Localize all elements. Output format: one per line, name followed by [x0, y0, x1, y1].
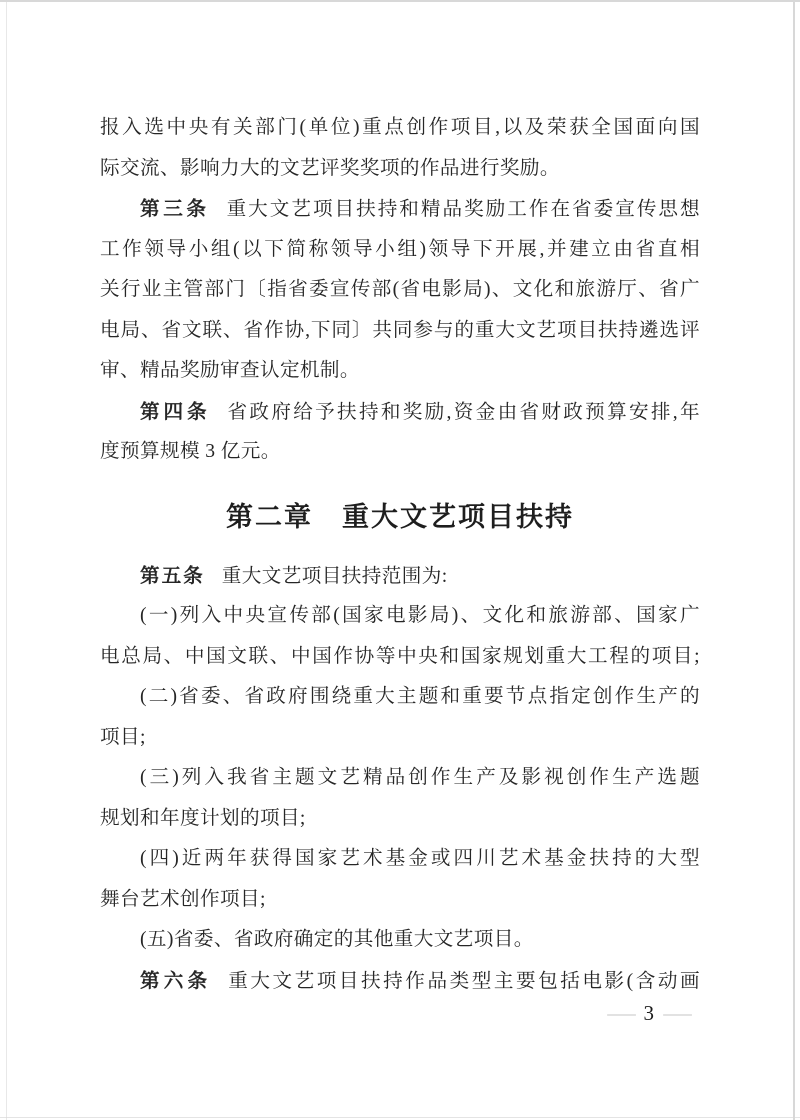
text-line: 度预算规模 3 亿元。 — [100, 432, 700, 473]
text-line: 舞台艺术创作项目; — [100, 880, 700, 921]
page-edge-left — [6, 0, 7, 1120]
text-line: 关行业主管部门〔指省委宣传部(省电影局)、文化和旅游厅、省广 — [100, 270, 700, 311]
text-line: 电局、省文联、省作协,下同〕共同参与的重大文艺项目扶持遴选评 — [100, 311, 700, 352]
text-line: 第六条重大文艺项目扶持作品类型主要包括电影(含动画 — [100, 961, 700, 1002]
text-block: 报入选中央有关部门(单位)重点创作项目,以及荣获全国面向国际交流、影响力大的文艺… — [100, 108, 700, 1001]
article-label: 第六条 — [140, 970, 211, 992]
text-line: 报入选中央有关部门(单位)重点创作项目,以及荣获全国面向国 — [100, 108, 700, 149]
document-page: 报入选中央有关部门(单位)重点创作项目,以及荣获全国面向国际交流、影响力大的文艺… — [0, 0, 800, 1120]
text-line: (一)列入中央宣传部(国家电影局)、文化和旅游部、国家广 — [100, 596, 700, 637]
page-edge-right — [793, 0, 795, 1120]
chapter-heading: 第二章 重大文艺项目扶持 — [100, 493, 700, 541]
text-line: (三)列入我省主题文艺精品创作生产及影视创作生产选题 — [100, 758, 700, 799]
text-line: 际交流、影响力大的文艺评奖奖项的作品进行奖励。 — [100, 149, 700, 190]
text-line: 第四条省政府给予扶持和奖励,资金由省财政预算安排,年 — [100, 392, 700, 433]
text-line: (二)省委、省政府围绕重大主题和重要节点指定创作生产的 — [100, 677, 700, 718]
page-edge-top — [0, 0, 800, 2]
footer-left-dash: — — [607, 998, 635, 1028]
text-line: 审、精品奖励审查认定机制。 — [100, 351, 700, 392]
text-line: (五)省委、省政府确定的其他重大文艺项目。 — [100, 920, 700, 961]
page-footer: —3— — [100, 998, 688, 1028]
article-label: 第三条 — [140, 198, 210, 220]
text-line: (四)近两年获得国家艺术基金或四川艺术基金扶持的大型 — [100, 839, 700, 880]
article-label: 第四条 — [140, 401, 211, 423]
article-label: 第五条 — [140, 565, 205, 587]
text-line: 电总局、中国文联、中国作协等中央和国家规划重大工程的项目; — [100, 637, 700, 678]
page-edge-bottom — [0, 1117, 800, 1118]
text-line: 第五条重大文艺项目扶持范围为: — [100, 556, 700, 597]
page-number: 3 — [644, 1001, 656, 1025]
text-line: 项目; — [100, 718, 700, 759]
text-line: 规划和年度计划的项目; — [100, 799, 700, 840]
text-line: 工作领导小组(以下简称领导小组)领导下开展,并建立由省直相 — [100, 230, 700, 271]
footer-right-dash: — — [663, 998, 691, 1028]
text-line: 第三条重大文艺项目扶持和精品奖励工作在省委宣传思想 — [100, 189, 700, 230]
